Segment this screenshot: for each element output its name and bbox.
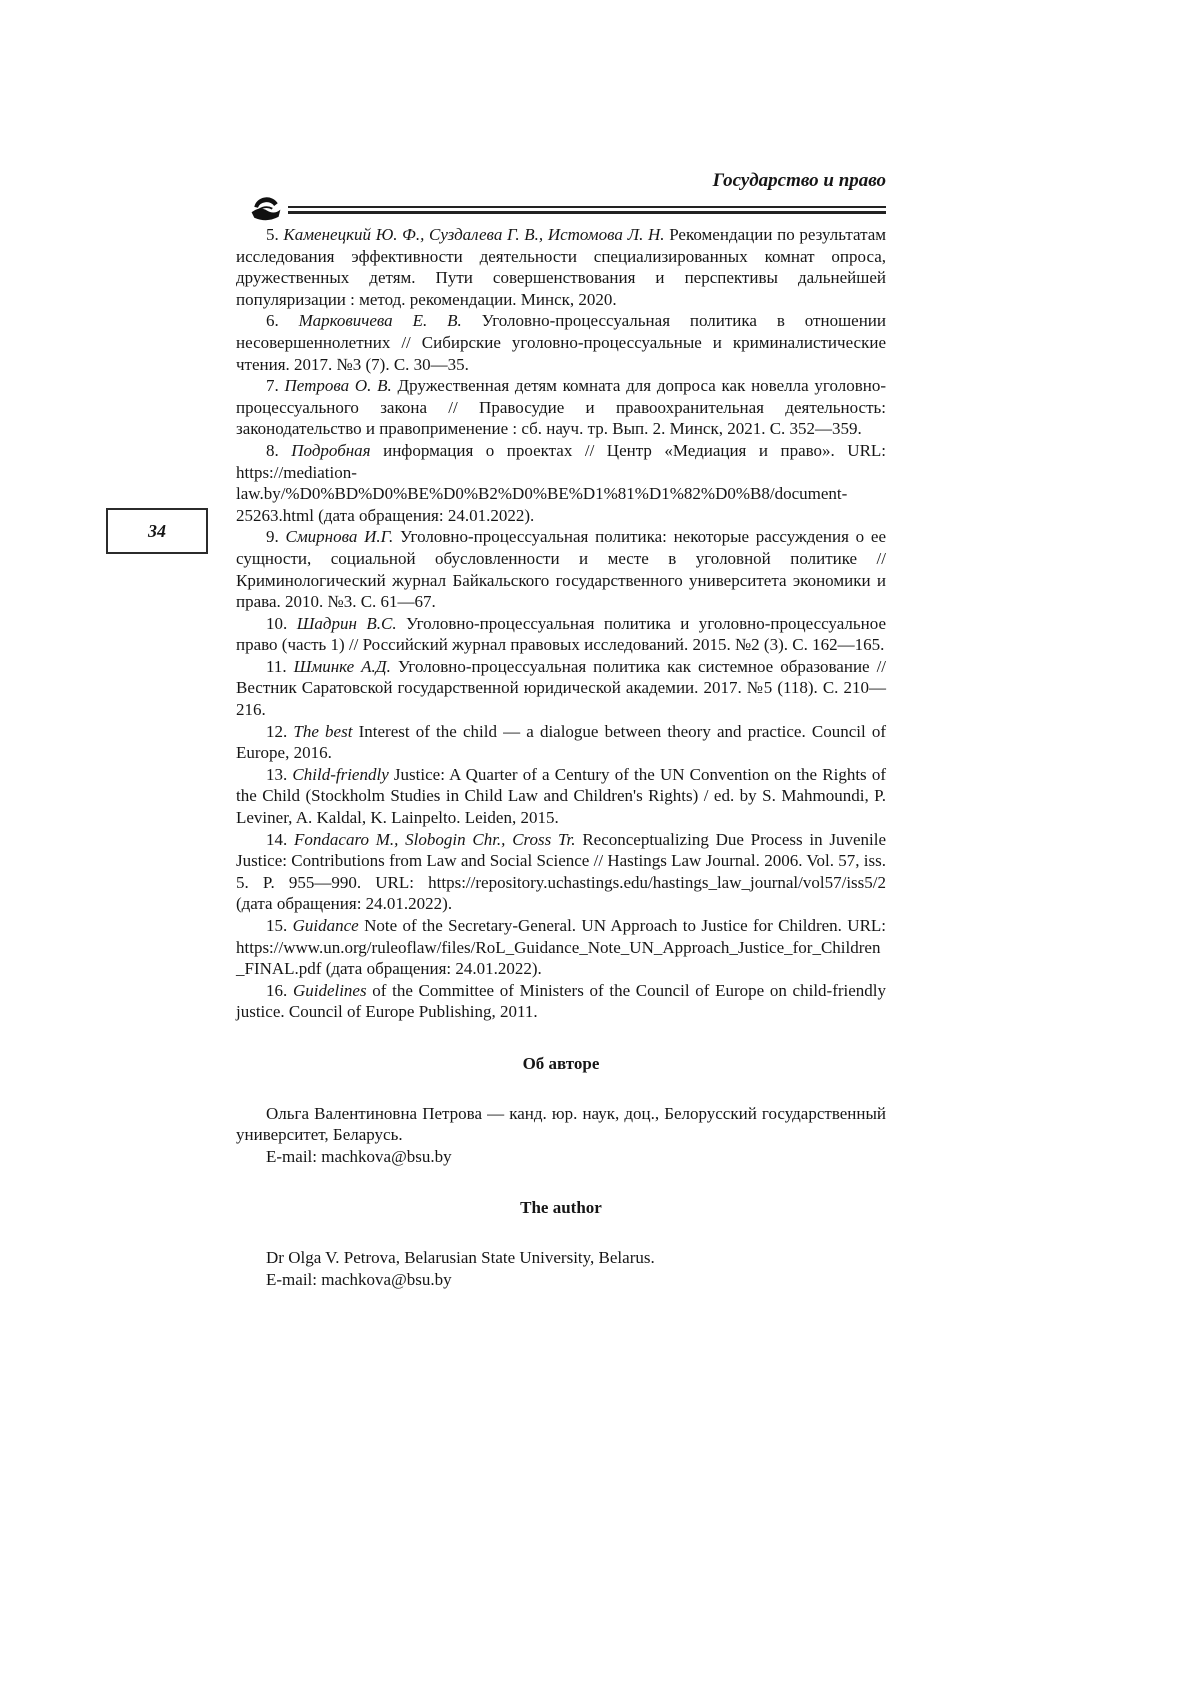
- reference-number: 5.: [266, 225, 279, 244]
- reference-item: 16. Guidelines of the Committee of Minis…: [236, 980, 886, 1023]
- reference-authors: Каменецкий Ю. Ф., Суздалева Г. В., Истом…: [283, 225, 664, 244]
- reference-number: 12.: [266, 722, 287, 741]
- reference-number: 11.: [266, 657, 287, 676]
- reference-number: 10.: [266, 614, 287, 633]
- reference-number: 15.: [266, 916, 287, 935]
- about-author-ru-text: Ольга Валентиновна Петрова — канд. юр. н…: [236, 1103, 886, 1146]
- reference-number: 14.: [266, 830, 287, 849]
- reference-number: 6.: [266, 311, 279, 330]
- reference-number: 7.: [266, 376, 279, 395]
- page-number-box: 34: [106, 508, 208, 554]
- reference-item: 11. Шминке А.Д. Уголовно-процессуальная …: [236, 656, 886, 721]
- reference-authors: Child-friendly: [292, 765, 388, 784]
- reference-item: 14. Fondacaro M., Slobogin Chr., Cross T…: [236, 829, 886, 915]
- reference-item: 13. Child-friendly Justice: A Quarter of…: [236, 764, 886, 829]
- reference-authors: Подробная: [291, 441, 370, 460]
- reference-authors: Петрова О. В.: [285, 376, 392, 395]
- about-author-en-text: Dr Olga V. Petrova, Belarusian State Uni…: [236, 1247, 886, 1269]
- about-author-ru-heading: Об авторе: [236, 1053, 886, 1075]
- journal-emblem-icon: [246, 188, 286, 224]
- about-author-en-email: E-mail: machkova@bsu.by: [236, 1269, 886, 1291]
- reference-number: 13.: [266, 765, 287, 784]
- header-rule: [288, 206, 886, 214]
- journal-title: Государство и право: [713, 170, 886, 192]
- reference-item: 7. Петрова О. В. Дружественная детям ком…: [236, 375, 886, 440]
- reference-authors: The best: [293, 722, 352, 741]
- about-author-en-heading: The author: [236, 1197, 886, 1219]
- reference-authors: Fondacaro M., Slobogin Chr., Cross Tr.: [294, 830, 576, 849]
- reference-item: 6. Марковичева Е. В. Уголовно-процессуал…: [236, 310, 886, 375]
- reference-item: 5. Каменецкий Ю. Ф., Суздалева Г. В., Ис…: [236, 224, 886, 310]
- reference-number: 8.: [266, 441, 279, 460]
- reference-authors: Шадрин В.С.: [297, 614, 397, 633]
- about-author-ru-email: E-mail: machkova@bsu.by: [236, 1146, 886, 1168]
- reference-item: 15. Guidance Note of the Secretary-Gener…: [236, 915, 886, 980]
- reference-item: 8. Подробная информация о проектах // Це…: [236, 440, 886, 526]
- reference-item: 10. Шадрин В.С. Уголовно-процессуальная …: [236, 613, 886, 656]
- reference-authors: Шминке А.Д.: [294, 657, 391, 676]
- reference-authors: Марковичева Е. В.: [299, 311, 462, 330]
- reference-number: 9.: [266, 527, 279, 546]
- reference-authors: Смирнова И.Г.: [285, 527, 393, 546]
- reference-number: 16.: [266, 981, 287, 1000]
- reference-authors: Guidance: [293, 916, 359, 935]
- page-number: 34: [148, 521, 166, 542]
- references-column: 5. Каменецкий Ю. Ф., Суздалева Г. В., Ис…: [236, 224, 886, 1290]
- reference-authors: Guidelines: [293, 981, 367, 1000]
- reference-item: 9. Смирнова И.Г. Уголовно-процессуальная…: [236, 526, 886, 612]
- document-page: Государство и право 34 5. Каменецкий Ю. …: [0, 0, 1200, 1698]
- reference-item: 12. The best Interest of the child — a d…: [236, 721, 886, 764]
